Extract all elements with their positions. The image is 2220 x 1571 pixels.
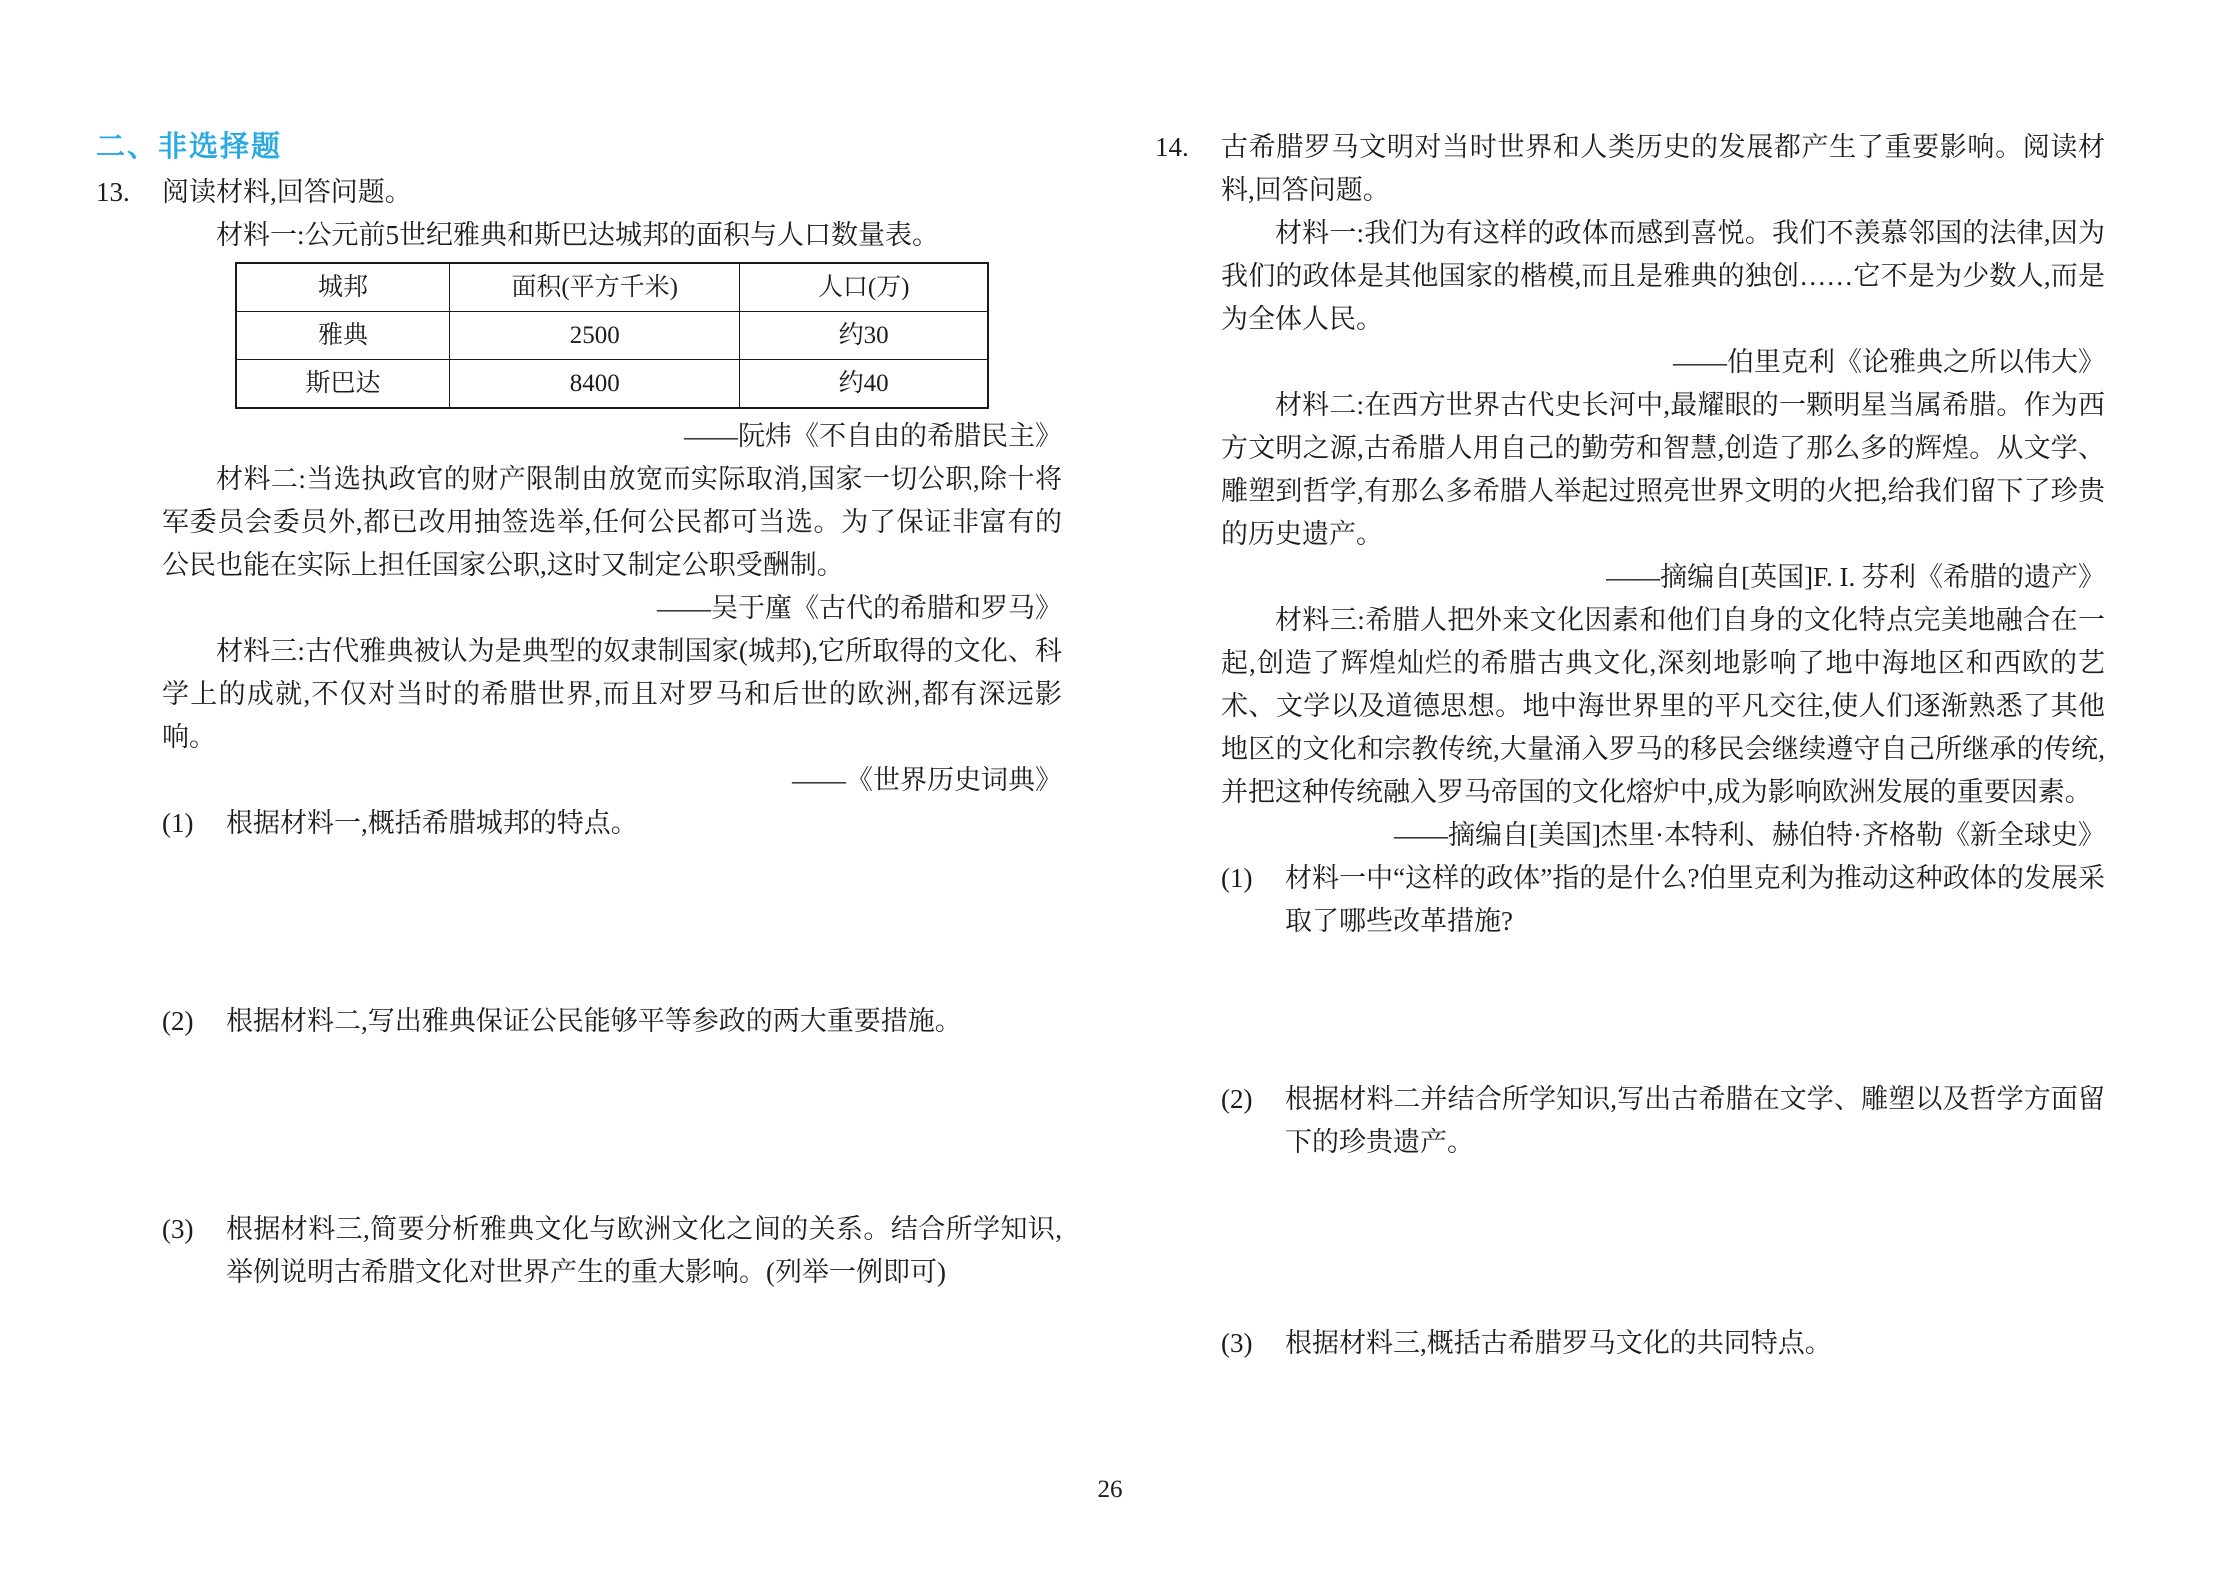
table-header-population: 人口(万)	[740, 263, 988, 312]
q13-subquestion-3-label: (3)	[162, 1208, 226, 1251]
q13-source-2: ——吴于廑《古代的希腊和罗马》	[162, 587, 1062, 630]
exam-page: 二、非选择题 13. 阅读材料,回答问题。 材料一:公元前5世纪雅典和斯巴达城邦…	[0, 0, 2220, 1571]
q13-subquestion-2-label: (2)	[162, 1000, 226, 1043]
table-header-city: 城邦	[236, 263, 450, 312]
question-13-body: 阅读材料,回答问题。 材料一:公元前5世纪雅典和斯巴达城邦的面积与人口数量表。 …	[162, 171, 1062, 1294]
q14-source-1: ——伯里克利《论雅典之所以伟大》	[1221, 341, 2105, 384]
q14-subquestion-1-label: (1)	[1221, 857, 1285, 900]
question-14-stem: 古希腊罗马文明对当时世界和人类历史的发展都产生了重要影响。阅读材料,回答问题。	[1221, 126, 2105, 212]
q14-subquestion-1: (1) 材料一中“这样的政体”指的是什么?伯里克利为推动这种政体的发展采取了哪些…	[1221, 857, 2105, 943]
cell-athens-population: 约30	[740, 312, 988, 360]
q14-subquestion-2-text: 根据材料二并结合所学知识,写出古希腊在文学、雕塑以及哲学方面留下的珍贵遗产。	[1285, 1078, 2105, 1164]
q13-material-2: 材料二:当选执政官的财产限制由放宽而实际取消,国家一切公职,除十将军委员会委员外…	[162, 458, 1062, 587]
cell-athens-city: 雅典	[236, 312, 450, 360]
cell-athens-area: 2500	[450, 312, 740, 360]
q14-subquestion-3-text: 根据材料三,概括古希腊罗马文化的共同特点。	[1285, 1322, 2105, 1365]
cell-sparta-area: 8400	[450, 360, 740, 409]
question-14: 14. 古希腊罗马文明对当时世界和人类历史的发展都产生了重要影响。阅读材料,回答…	[1155, 126, 2105, 1365]
table-header-area: 面积(平方千米)	[450, 263, 740, 312]
cell-sparta-city: 斯巴达	[236, 360, 450, 409]
q14-material-2: 材料二:在西方世界古代史长河中,最耀眼的一颗明星当属希腊。作为西方文明之源,古希…	[1221, 384, 2105, 556]
q14-material-1: 材料一:我们为有这样的政体而感到喜悦。我们不羡慕邻国的法律,因为我们的政体是其他…	[1221, 212, 2105, 341]
q13-subquestion-2-text: 根据材料二,写出雅典保证公民能够平等参政的两大重要措施。	[226, 1000, 1062, 1043]
q13-subquestion-3: (3) 根据材料三,简要分析雅典文化与欧洲文化之间的关系。结合所学知识,举例说明…	[162, 1208, 1062, 1294]
question-13-stem: 阅读材料,回答问题。	[162, 171, 1062, 214]
q13-subquestion-1-label: (1)	[162, 802, 226, 845]
q14-subquestion-1-text: 材料一中“这样的政体”指的是什么?伯里克利为推动这种政体的发展采取了哪些改革措施…	[1285, 857, 2105, 943]
q13-material1-intro: 材料一:公元前5世纪雅典和斯巴达城邦的面积与人口数量表。	[162, 214, 1062, 257]
question-13-number: 13.	[96, 171, 130, 214]
q14-subquestion-3-label: (3)	[1221, 1322, 1285, 1365]
question-14-body: 古希腊罗马文明对当时世界和人类历史的发展都产生了重要影响。阅读材料,回答问题。 …	[1221, 126, 2105, 1365]
page-number: 26	[0, 1468, 2220, 1511]
q14-source-3: ——摘编自[美国]杰里·本特利、赫伯特·齐格勒《新全球史》	[1221, 814, 2105, 857]
city-state-table: 城邦 面积(平方千米) 人口(万) 雅典 2500 约30 斯巴达	[235, 262, 989, 409]
q14-material-3: 材料三:希腊人把外来文化因素和他们自身的文化特点完美地融合在一起,创造了辉煌灿烂…	[1221, 599, 2105, 814]
table-row-athens: 雅典 2500 约30	[236, 312, 988, 360]
q13-source-3: ——《世界历史词典》	[162, 759, 1062, 802]
q13-subquestion-2: (2) 根据材料二,写出雅典保证公民能够平等参政的两大重要措施。	[162, 1000, 1062, 1043]
q14-subquestion-2-label: (2)	[1221, 1078, 1285, 1121]
question-13: 13. 阅读材料,回答问题。 材料一:公元前5世纪雅典和斯巴达城邦的面积与人口数…	[96, 171, 1062, 1294]
q13-subquestion-3-text: 根据材料三,简要分析雅典文化与欧洲文化之间的关系。结合所学知识,举例说明古希腊文…	[226, 1208, 1062, 1294]
q13-subquestion-1-text: 根据材料一,概括希腊城邦的特点。	[226, 802, 1062, 845]
right-column: 14. 古希腊罗马文明对当时世界和人类历史的发展都产生了重要影响。阅读材料,回答…	[1155, 126, 2105, 1365]
table-row-sparta: 斯巴达 8400 约40	[236, 360, 988, 409]
table-header-row: 城邦 面积(平方千米) 人口(万)	[236, 263, 988, 312]
left-column: 二、非选择题 13. 阅读材料,回答问题。 材料一:公元前5世纪雅典和斯巴达城邦…	[96, 126, 1062, 1294]
q13-material-3: 材料三:古代雅典被认为是典型的奴隶制国家(城邦),它所取得的文化、科学上的成就,…	[162, 630, 1062, 759]
q13-source-1: ——阮炜《不自由的希腊民主》	[162, 415, 1062, 458]
section-header: 二、非选择题	[96, 126, 1062, 169]
cell-sparta-population: 约40	[740, 360, 988, 409]
q14-subquestion-2: (2) 根据材料二并结合所学知识,写出古希腊在文学、雕塑以及哲学方面留下的珍贵遗…	[1221, 1078, 2105, 1164]
q13-subquestion-1: (1) 根据材料一,概括希腊城邦的特点。	[162, 802, 1062, 845]
question-14-number: 14.	[1155, 126, 1189, 169]
q14-subquestion-3: (3) 根据材料三,概括古希腊罗马文化的共同特点。	[1221, 1322, 2105, 1365]
q14-source-2: ——摘编自[英国]F. I. 芬利《希腊的遗产》	[1221, 556, 2105, 599]
